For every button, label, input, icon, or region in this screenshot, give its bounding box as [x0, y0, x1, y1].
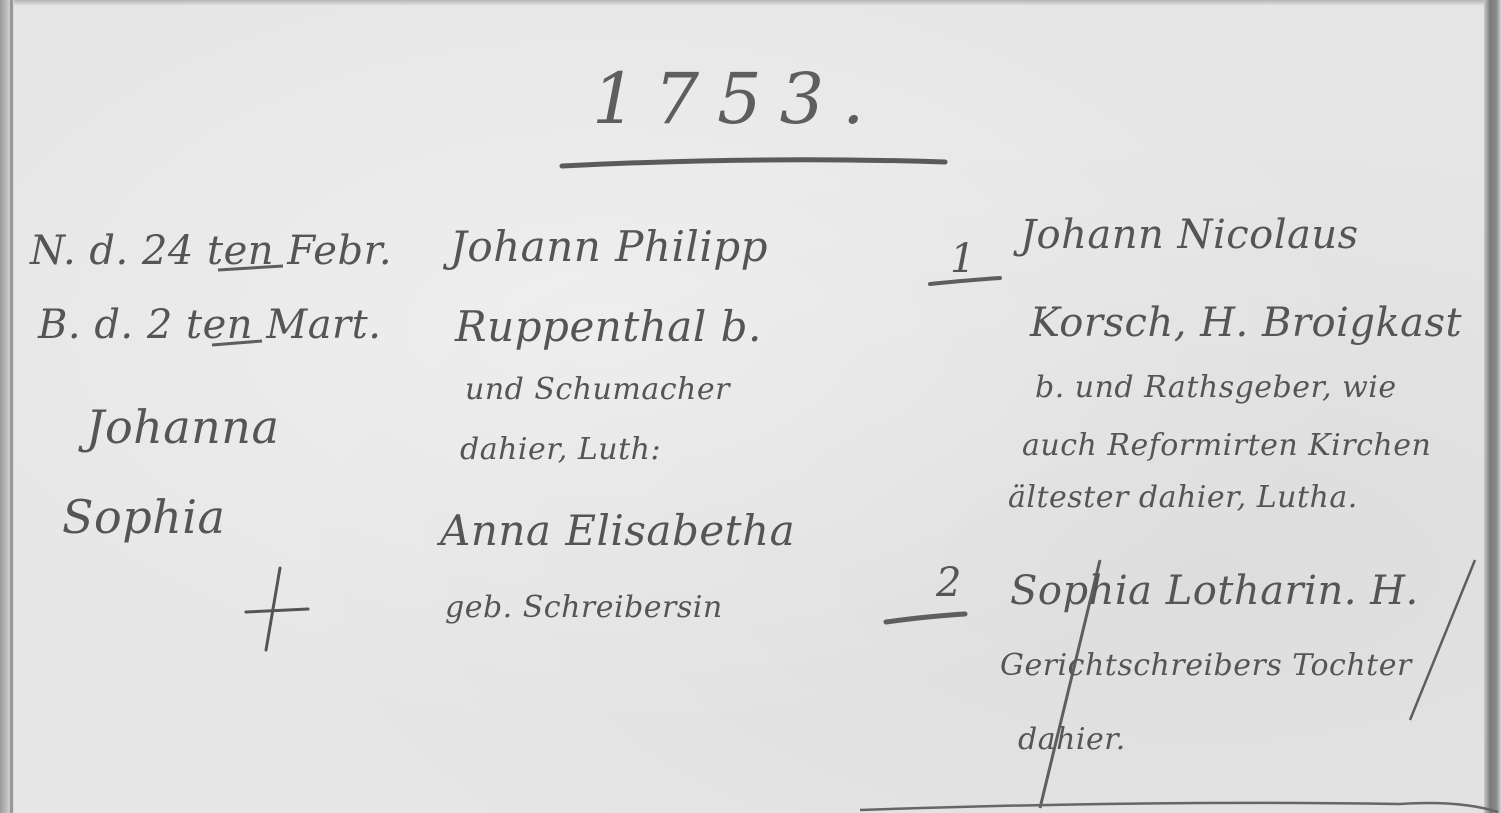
- page-right-edge: [1484, 0, 1502, 813]
- godparent-2-number: 2: [936, 560, 962, 606]
- mother-name: Anna Elisabetha: [440, 506, 795, 555]
- father-name: Johann Philipp: [450, 222, 768, 271]
- father-surname: Ruppenthal b.: [455, 302, 762, 351]
- godparent-2-name: Sophia Lotharin. H.: [1010, 568, 1419, 614]
- mother-maiden-name: geb. Schreibersin: [445, 590, 723, 625]
- death-cross-icon: [246, 568, 308, 650]
- page-top-edge: [0, 0, 1502, 6]
- godparent-2-relation: Gerichtschreibers Tochter: [1000, 648, 1412, 683]
- godparent-2-underline: [886, 614, 965, 622]
- godparent-1-occupation: b. und Rathsgeber, wie: [1035, 370, 1397, 405]
- godparent-1-name: Johann Nicolaus: [1020, 212, 1359, 258]
- child-second-name: Sophia: [62, 490, 225, 544]
- godparent-1-residence: ältester dahier, Lutha.: [1008, 480, 1358, 515]
- bottom-rule: [860, 803, 1498, 812]
- left-margin-rule: [10, 0, 13, 813]
- father-occupation: und Schumacher: [465, 372, 730, 407]
- register-page: 1753. N. d. 24 ten Febr. B. d. 2 ten Mar…: [0, 0, 1502, 813]
- birth-date: N. d. 24 ten Febr.: [30, 228, 392, 274]
- descender-stroke: [1410, 560, 1475, 720]
- year-underline: [562, 160, 945, 166]
- father-residence: dahier, Luth:: [460, 432, 661, 467]
- register-year: 1753.: [592, 58, 882, 140]
- baptism-date: B. d. 2 ten Mart.: [38, 302, 381, 348]
- child-first-name: Johanna: [86, 400, 279, 454]
- godparent-2-residence: dahier.: [1018, 722, 1126, 757]
- godparent-1-number: 1: [950, 236, 976, 282]
- godparent-1-office: auch Reformirten Kirchen: [1022, 428, 1431, 463]
- godparent-1-surname-title: Korsch, H. Broigkast: [1030, 300, 1462, 346]
